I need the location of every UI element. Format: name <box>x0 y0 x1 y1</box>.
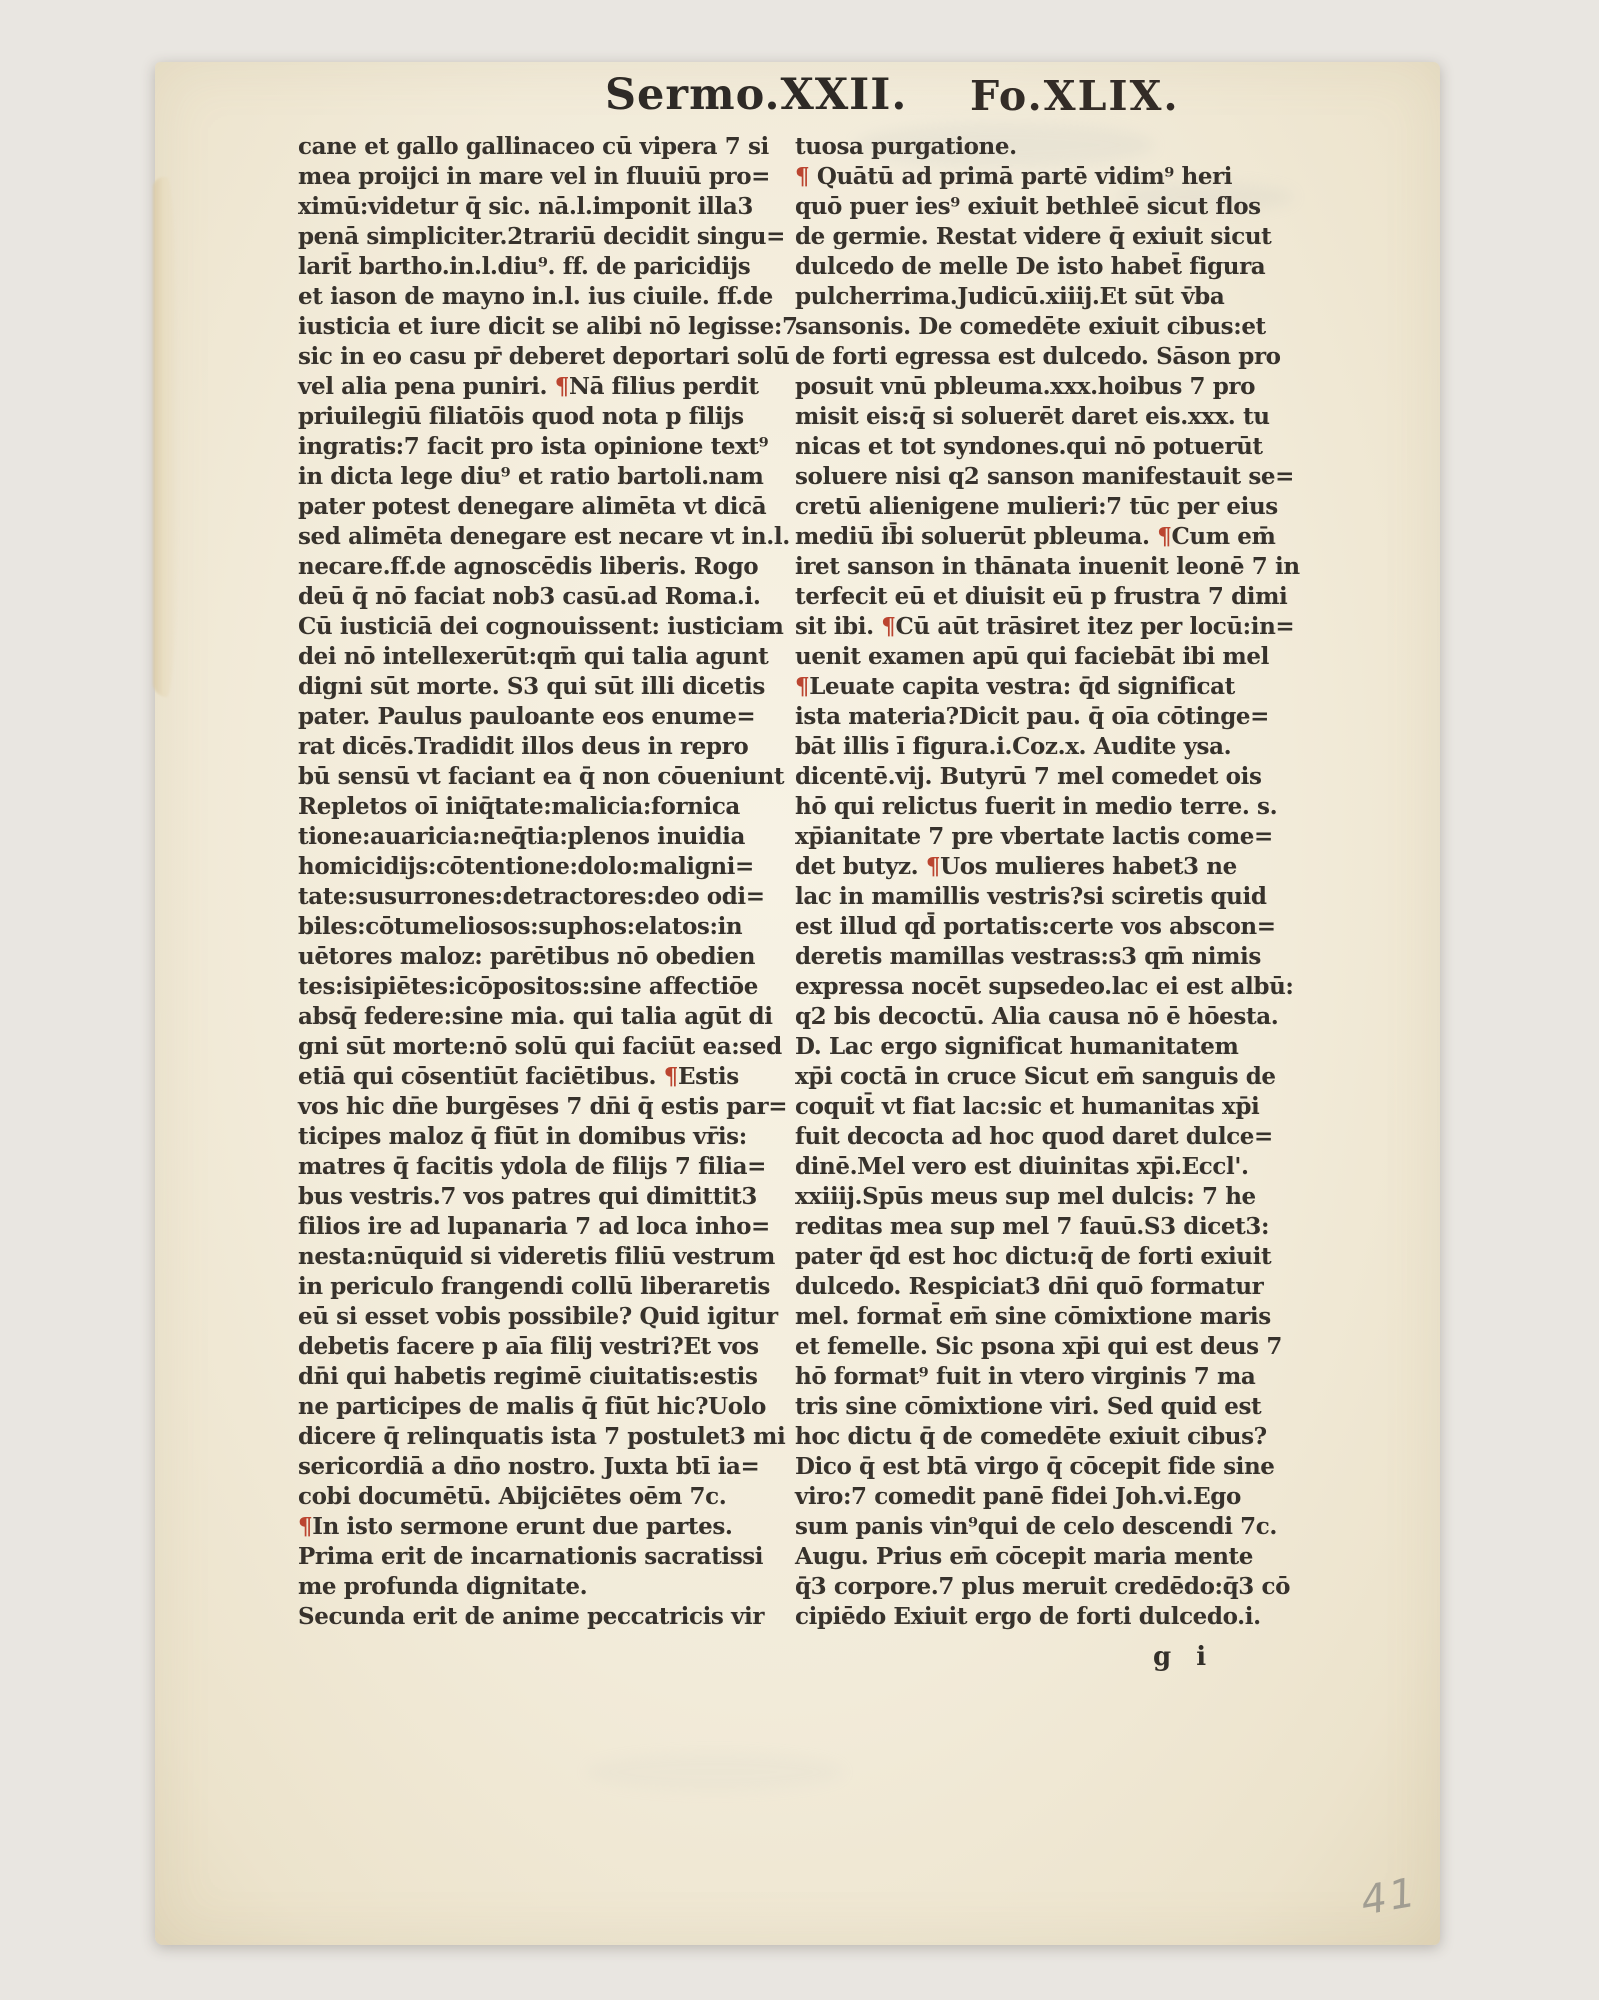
text-line: tuosa purgatione. <box>795 132 1307 162</box>
text-line: uenit examen apū qui faciebāt ibi mel <box>795 642 1307 672</box>
text-line: iret sanson in thānata inuenit leonē 7 i… <box>795 552 1307 582</box>
deckle-edge <box>153 177 179 697</box>
text-line: Cū iusticiā dei cognouissent: iusticiam <box>298 612 792 642</box>
text-line: lac in mamillis vestris?si sciretis quid <box>795 882 1307 912</box>
text-line: tes:isipiētes:icōpositos:sine affectiōe <box>298 972 792 1002</box>
text-line: coquit̄ vt fiat lac:sic et humanitas xp̄… <box>795 1092 1307 1122</box>
text-line: fuit decocta ad hoc quod daret dulce= <box>795 1122 1307 1152</box>
text-line: dulcedo. Respiciat3 dn̄i quō formatur <box>795 1272 1307 1302</box>
text-line: mediū ib̄i soluerūt pbleuma. ¶Cum em̄ <box>795 522 1307 552</box>
text-line: dei nō intellexerūt:qm̄ qui talia agunt <box>298 642 792 672</box>
text-line: hō format⁹ fuit in vtero virginis 7 ma <box>795 1362 1307 1392</box>
text-line: penā simpliciter.2trariū decidit singu= <box>298 222 792 252</box>
text-line: pulcherrima.Judicū.xiiij.Et sūt v̄ba <box>795 282 1307 312</box>
text-line: posuit vnū pbleuma.xxx.hoibus 7 pro <box>795 372 1307 402</box>
text-line: ¶ Quātū ad primā partē vidim⁹ heri <box>795 162 1307 192</box>
text-line: Secunda erit de anime peccatricis vir <box>298 1602 792 1632</box>
text-line: bū sensū vt faciant ea q̄ non cōueniunt <box>298 762 792 792</box>
text-line: deretis mamillas vestras:s3 qm̄ nimis <box>795 942 1307 972</box>
text-line: pater. Paulus pauloante eos enume= <box>298 702 792 732</box>
text-line: reditas mea sup mel 7 fauū.S3 dicet3: <box>795 1212 1307 1242</box>
text-line: nesta:nūquid si videretis filiū vestrum <box>298 1242 792 1272</box>
rubricated-pilcrow: ¶ <box>298 1513 312 1540</box>
text-line: dicentē.vij. Butyrū 7 mel comedet ois <box>795 762 1307 792</box>
text-line: iusticia et iure dicit se alibi nō legis… <box>298 312 792 342</box>
rubricated-pilcrow: ¶ <box>795 673 809 700</box>
text-line: sit ibi. ¶Cū aūt trāsiret itez per locū:… <box>795 612 1307 642</box>
text-line: priuilegiū filiatōis quod nota p filijs <box>298 402 792 432</box>
running-title: Sermo.XXII. <box>605 70 907 120</box>
text-line: mel. format̄ em̄ sine cōmixtione maris <box>795 1302 1307 1332</box>
text-line: Dico q̄ est btā virgo q̄ cōcepit fide si… <box>795 1452 1307 1482</box>
text-line: sed alimēta denegare est necare vt in.l. <box>298 522 792 552</box>
text-line: in dicta lege diu⁹ et ratio bartoli.nam <box>298 462 792 492</box>
text-line: sum panis vin⁹qui de celo descendi 7c. <box>795 1512 1307 1542</box>
text-line: etiā qui cōsentiūt faciētibus. ¶Estis <box>298 1062 792 1092</box>
text-line: dinē.Mel vero est diuinitas xp̄i.Eccl'. <box>795 1152 1307 1182</box>
text-line: sansonis. De comedēte exiuit cibus:et <box>795 312 1307 342</box>
text-line: D. Lac ergo significat humanitatem <box>795 1032 1307 1062</box>
show-through-smudge <box>585 1752 845 1792</box>
text-line: xp̄ianitate 7 pre vbertate lactis come= <box>795 822 1307 852</box>
text-line: homicidijs:cōtentione:dolo:maligni= <box>298 852 792 882</box>
text-line: dn̄i qui habetis regimē ciuitatis:estis <box>298 1362 792 1392</box>
text-line: sic in eo casu pr̄ deberet deportari sol… <box>298 342 792 372</box>
page-header: Sermo.XXII. Fo.XLIX. <box>155 70 1440 118</box>
text-line: necare.ff.de agnoscēdis liberis. Rogo <box>298 552 792 582</box>
text-line: ne participes de malis q̄ fiūt hic?Uolo <box>298 1392 792 1422</box>
text-line: sericordiā a dn̄o nostro. Juxta btī ia= <box>298 1452 792 1482</box>
text-line: viro:7 comedit panē fidei Joh.vi.Ego <box>795 1482 1307 1512</box>
text-line: digni sūt morte. S3 qui sūt illi dicetis <box>298 672 792 702</box>
text-line: q̄3 corpore.7 plus meruit credēdo:q̄3 cō <box>795 1572 1307 1602</box>
text-line: q2 bis decoctū. Alia causa nō ē hōesta. <box>795 1002 1307 1032</box>
text-line: dicere q̄ relinquatis ista 7 postulet3 m… <box>298 1422 792 1452</box>
text-column-right: tuosa purgatione.¶ Quātū ad primā partē … <box>795 132 1307 1632</box>
text-line: filios ire ad lupanaria 7 ad loca inho= <box>298 1212 792 1242</box>
text-line: cipiēdo Exiuit ergo de forti dulcedo.i. <box>795 1602 1307 1632</box>
text-line: me profunda dignitate. <box>298 1572 792 1602</box>
rubricated-pilcrow: ¶ <box>555 373 569 400</box>
rubricated-pilcrow: ¶ <box>926 853 940 880</box>
text-line: et femelle. Sic psona xp̄i qui est deus … <box>795 1332 1307 1362</box>
text-line: pater q̄d est hoc dictu:q̄ de forti exiu… <box>795 1242 1307 1272</box>
rubricated-pilcrow: ¶ <box>881 613 895 640</box>
rubricated-pilcrow: ¶ <box>664 1063 678 1090</box>
text-line: est illud qd̄ portatis:certe vos abscon= <box>795 912 1307 942</box>
text-line: terfecit eū et diuisit eū p frustra 7 di… <box>795 582 1307 612</box>
text-line: tione:auaricia:neq̄tia:plenos inuidia <box>298 822 792 852</box>
text-line: mea proijci in mare vel in fluuiū pro= <box>298 162 792 192</box>
text-line: misit eis:q̄ si soluerēt daret eis.xxx. … <box>795 402 1307 432</box>
quire-signature: g i <box>1153 1642 1214 1672</box>
text-line: quō puer ies⁹ exiuit bethleē sicut flos <box>795 192 1307 222</box>
text-line: vos hic dn̄e burgēses 7 dn̄i q̄ estis pa… <box>298 1092 792 1122</box>
text-line: tate:susurrones:detractores:deo odi= <box>298 882 792 912</box>
text-line: soluere nisi q2 sanson manifestauit se= <box>795 462 1307 492</box>
text-line: hoc dictu q̄ de comedēte exiuit cibus? <box>795 1422 1307 1452</box>
text-line: det butyz. ¶Uos mulieres habet3 ne <box>795 852 1307 882</box>
text-line: deū q̄ nō faciat nob3 casū.ad Roma.i. <box>298 582 792 612</box>
text-line: debetis facere p aīa filij vestri?Et vos <box>298 1332 792 1362</box>
rubricated-pilcrow: ¶ <box>1157 523 1171 550</box>
text-line: dulcedo de melle De isto habet̄ figura <box>795 252 1307 282</box>
text-line: cretū alienigene mulieri:7 tūc per eius <box>795 492 1307 522</box>
book-leaf: Sermo.XXII. Fo.XLIX. cane et gallo galli… <box>155 62 1440 1945</box>
text-line: biles:cōtumeliosos:suphos:elatos:in <box>298 912 792 942</box>
pencil-foliation: 41 <box>1357 1869 1421 1924</box>
text-line: vel alia pena puniri. ¶Nā filius perdit <box>298 372 792 402</box>
folio-number: Fo.XLIX. <box>970 72 1180 120</box>
text-line: bāt illis ī figura.i.Coz.x. Audite ysa. <box>795 732 1307 762</box>
text-line: ximū:videtur q̄ sic. nā.l.imponit illa3 <box>298 192 792 222</box>
text-line: xxiiij.Spūs meus sup mel dulcis: 7 he <box>795 1182 1307 1212</box>
text-line: absq̄ federe:sine mia. qui talia agūt di <box>298 1002 792 1032</box>
text-column-left: cane et gallo gallinaceo cū vipera 7 sim… <box>298 132 792 1632</box>
text-line: pater potest denegare alimēta vt dicā <box>298 492 792 522</box>
text-line: ista materia?Dicit pau. q̄ oīa cōtinge= <box>795 702 1307 732</box>
text-line: expressa nocēt supsedeo.lac ei est albū: <box>795 972 1307 1002</box>
text-line: de germie. Restat videre q̄ exiuit sicut <box>795 222 1307 252</box>
text-line: in periculo frangendi collū liberaretis <box>298 1272 792 1302</box>
text-line: tris sine cōmixtione viri. Sed quid est <box>795 1392 1307 1422</box>
text-line: xp̄i coctā in cruce Sicut em̄ sanguis de <box>795 1062 1307 1092</box>
text-line: larit̄ bartho.in.l.diu⁹. ff. de paricidi… <box>298 252 792 282</box>
text-line: cane et gallo gallinaceo cū vipera 7 si <box>298 132 792 162</box>
text-line: bus vestris.7 vos patres qui dimittit3 <box>298 1182 792 1212</box>
text-line: Prima erit de incarnationis sacratissi <box>298 1542 792 1572</box>
text-line: Augu. Prius em̄ cōcepit maria mente <box>795 1542 1307 1572</box>
text-line: uētores maloz: parētibus nō obedien <box>298 942 792 972</box>
text-line: cobi documētū. Abijciētes oēm 7c. <box>298 1482 792 1512</box>
text-line: et iason de mayno in.l. ius ciuile. ff.d… <box>298 282 792 312</box>
text-line: Repletos oī iniq̄tate:malicia:fornica <box>298 792 792 822</box>
text-line: de forti egressa est dulcedo. Sāson pro <box>795 342 1307 372</box>
photographed-incunabulum-page: { "page": { "header": { "running_title":… <box>0 0 1599 2000</box>
text-line: hō qui relictus fuerit in medio terre. s… <box>795 792 1307 822</box>
text-line: ingratis:7 facit pro ista opinione text⁹ <box>298 432 792 462</box>
text-line: matres q̄ facitis ydola de filijs 7 fili… <box>298 1152 792 1182</box>
text-line: ¶In isto sermone erunt due partes. <box>298 1512 792 1542</box>
text-line: ¶Leuate capita vestra: q̄d significat <box>795 672 1307 702</box>
text-line: nicas et tot syndones.qui nō potuerūt <box>795 432 1307 462</box>
text-line: ticipes maloz q̄ fiūt in domibus vr̄is: <box>298 1122 792 1152</box>
text-line: gni sūt morte:nō solū qui faciūt ea:sed <box>298 1032 792 1062</box>
text-line: eū si esset vobis possibile? Quid igitur <box>298 1302 792 1332</box>
text-line: rat dicēs.Tradidit illos deus in repro <box>298 732 792 762</box>
rubricated-pilcrow: ¶ <box>795 163 809 190</box>
